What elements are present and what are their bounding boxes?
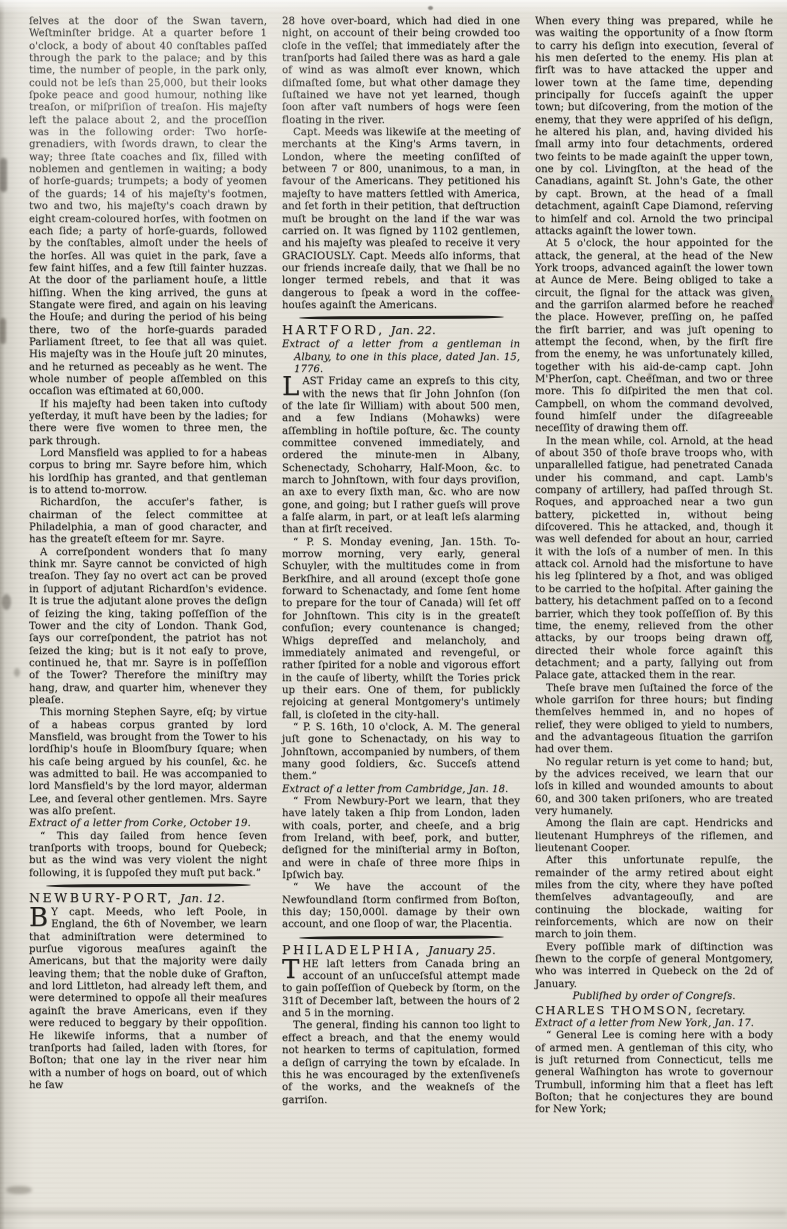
paragraph: “ P. S. 16th, 10 o'clock, A. M. The gene… [282, 722, 520, 784]
paragraph: Richardſon, the accuſer's father, is cha… [29, 497, 267, 546]
drop-cap: B [29, 907, 51, 930]
letter-extract-caption: Extract of a letter from Cambridge, Jan.… [282, 784, 520, 796]
paragraph: The general, finding his cannon too ligh… [282, 1020, 520, 1106]
paragraph: A correſpondent wonders that ſo many thi… [29, 547, 267, 707]
dateline-heading: NEWBURY-PORT, Jan. 12. [29, 890, 267, 906]
byline-name: CHARLES THOMSON, [535, 1003, 693, 1017]
newspaper-column-2: 28 hove over-board, which had died in on… [282, 16, 520, 1222]
page-columns: ſelves at the door of the Swan tavern, W… [29, 16, 773, 1222]
paragraph-text: HE laſt letters from Canada bring an acc… [282, 959, 520, 1019]
paragraph: Theſe brave men ſuſtained the force of t… [535, 683, 773, 757]
paragraph: This morning Stephen Sayre, eſq; by virt… [29, 707, 267, 818]
paragraph: Among the ſlain are capt. Hendricks and … [535, 818, 773, 855]
section-divider-rule [46, 884, 251, 888]
letter-extract-caption: Extract of a letter from a gentleman in … [282, 339, 520, 376]
paragraph: LAST Friday came an expreſs to this city… [282, 376, 520, 536]
newspaper-column-1: ſelves at the door of the Swan tavern, W… [29, 16, 267, 1222]
scan-smudge [14, 668, 20, 677]
letter-extract-caption: Extract of a letter from Corke, October … [29, 818, 267, 830]
dateline-heading: PHILADELPHIA, January 25. [282, 942, 520, 958]
scan-smudge [2, 594, 11, 610]
paragraph-text: Y capt. Meeds, who left Poole, in Englan… [29, 907, 267, 1091]
ink-speck [428, 6, 433, 10]
paragraph: “ We have the account of the Newfoundlan… [282, 882, 520, 931]
paragraph: After this unfortunate repulſe, the rema… [535, 855, 773, 941]
byline-role: ſecretary. [696, 1006, 745, 1017]
paragraph: Every poſſible mark of diſtinction was ſ… [535, 942, 773, 991]
dateline-date: January 25. [428, 943, 496, 957]
letter-extract-caption: Extract of a letter from New York, Jan. … [535, 1018, 773, 1030]
paragraph: THE laſt letters from Canada bring an ac… [282, 959, 520, 1021]
dateline-city: PHILADELPHIA, [282, 942, 422, 957]
dateline-date: Jan. 22. [391, 323, 436, 337]
drop-cap: L [282, 376, 302, 399]
paragraph: In the mean while, col. Arnold, at the h… [535, 436, 773, 683]
paragraph: At 5 o'clock, the hour appointed for the… [535, 238, 773, 436]
paragraph: No regular return is yet come to hand; b… [535, 757, 773, 819]
drop-cap: T [282, 959, 302, 982]
paragraph: Lord Mansfield was applied to for a habe… [29, 448, 267, 497]
paragraph: 28 hove over-board, which had died in on… [282, 16, 520, 127]
newspaper-column-3: When every thing was prepared, while he … [535, 16, 773, 1222]
paragraph: “ P. S. Monday evening, Jan. 15th. To-mo… [282, 537, 520, 722]
section-divider-rule [299, 935, 504, 939]
newspaper-page: ſelves at the door of the Swan tavern, W… [0, 0, 787, 1229]
paragraph: If his majeſty had been taken into cuſto… [29, 399, 267, 448]
dateline-city: HARTFORD, [282, 322, 385, 337]
scan-smudge [0, 158, 7, 192]
paragraph: ſelves at the door of the Swan tavern, W… [29, 16, 267, 399]
dateline-city: NEWBURY-PORT, [29, 890, 174, 905]
section-divider-rule [299, 316, 504, 320]
dateline-date: Jan. 12. [180, 891, 225, 905]
paragraph: “ This day ſailed from hence ſeven tranſ… [29, 831, 267, 880]
dateline-heading: HARTFORD, Jan. 22. [282, 322, 520, 338]
paragraph-text: AST Friday came an expreſs to this city,… [282, 376, 520, 535]
paragraph: BY capt. Meeds, who left Poole, in Engla… [29, 907, 267, 1092]
secretary-byline: CHARLES THOMSON,ſecretary. [535, 1004, 773, 1018]
paragraph: “ General Lee is coming here with a body… [535, 1030, 773, 1116]
paragraph: When every thing was prepared, while he … [535, 16, 773, 238]
paragraph: Capt. Meeds was likewiſe at the meeting … [282, 127, 520, 312]
scan-smudge [0, 318, 6, 344]
paragraph: “ From Newbury-Port we learn, that they … [282, 796, 520, 882]
